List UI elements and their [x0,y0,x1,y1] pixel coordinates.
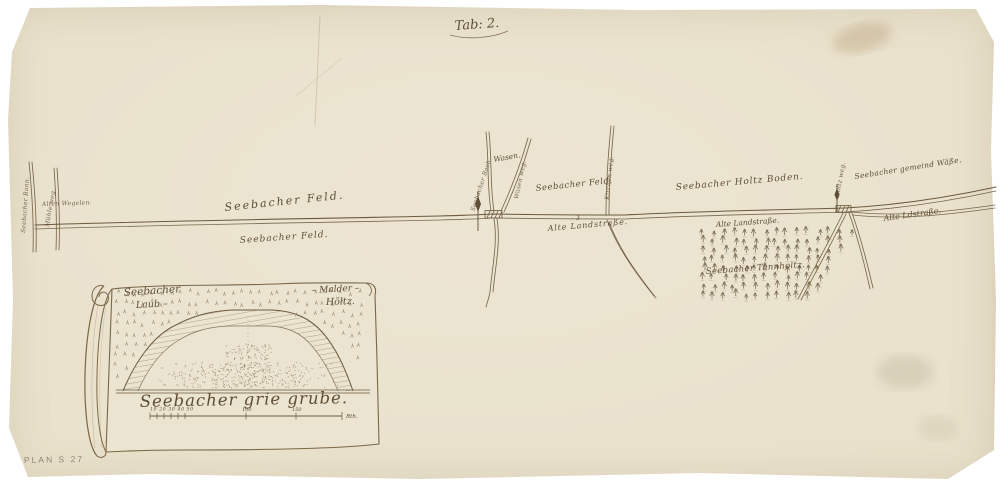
gravel-dot [208,372,209,373]
gravel-dot [195,363,196,364]
gravel-dot [248,356,249,357]
gravel-dot [215,375,216,376]
gravel-dot [220,374,221,375]
gravel-dot [215,374,216,375]
gravel-dot [269,365,270,366]
gravel-dot [230,370,231,371]
tree-shadow [826,264,830,265]
tree-shadow [775,289,779,290]
gravel-dot [278,383,279,384]
tree-shadow [734,262,738,263]
gravel-dot [203,370,204,371]
gravel-dot [297,385,298,386]
tree-icon [807,247,811,254]
gravel-dot [324,375,325,376]
gravel-dot [233,380,234,381]
gravel-dot [277,376,278,377]
gravel-dot [249,378,250,379]
tree-icon [805,239,809,245]
gravel-dot [234,377,235,378]
tree-shadow [816,243,820,244]
gravel-dot [255,354,256,355]
gravel-dot [220,368,221,369]
gravel-dot [209,367,210,368]
gravel-dot [230,365,231,366]
gravel-dot [235,366,236,367]
tree-shadow [805,246,809,247]
gravel-dot [216,379,217,380]
gravel-dot [227,363,228,364]
gravel-dot [293,365,294,366]
gravel-dot [247,369,248,370]
gravel-dot [215,380,216,381]
gravel-dot [269,345,270,346]
gravel-dot [181,375,182,376]
gravel-dot [216,387,217,388]
gravel-dot [320,367,321,368]
tree-icon [825,236,830,243]
tree-icon [786,254,790,260]
label-junction3-road: Holtz weg. [834,162,847,199]
gravel-dot [243,365,244,366]
gravel-dot [223,383,224,384]
gravel-dot [249,380,250,381]
gravel-dot [290,369,291,370]
gravel-dot [246,374,247,375]
gravel-dot [282,384,283,385]
gravel-dot [187,386,188,387]
gravel-dot [269,371,270,372]
gravel-dot [171,375,172,376]
tree-icon [751,229,756,236]
tree-icon [761,273,765,279]
gravel-dot [265,345,266,346]
tree-shadow [785,290,789,291]
gravel-dot [266,381,267,382]
gravel-dot [219,371,220,372]
gravel-dot [253,375,254,376]
gravel-dot [292,376,293,377]
tree-shadow [815,272,819,273]
gravel-dot [238,346,239,347]
gravel-dot [288,376,289,377]
gravel-dot [169,373,170,374]
gravel-dot [232,349,233,350]
gravel-dot [212,364,213,365]
tree-icon [700,229,704,234]
road-forest-edge [798,213,843,299]
gravel-dot [235,352,236,353]
tree-shadow [787,300,791,301]
tree-shadow [742,246,746,247]
gravel-dot [242,356,243,357]
gravel-dot [254,348,255,349]
tree-icon [710,239,714,245]
tree-icon [765,230,769,236]
tree-shadow [701,253,705,254]
tree-shadow [722,290,726,291]
gravel-dot [271,376,272,377]
gravel-dot [252,373,253,374]
gravel-dot [249,383,250,384]
gravel-dot [164,385,165,386]
gravel-dot [245,375,246,376]
gravel-dot [293,380,294,381]
gravel-dot [285,372,286,373]
tree-shadow [783,246,787,247]
gravel-dot [230,364,231,365]
gravel-dot [318,378,319,379]
stain [830,17,895,59]
tree-shadow [818,236,822,237]
tree-shadow [804,234,808,235]
gravel-dot [249,349,250,350]
gravel-dot [249,365,250,366]
gravel-dot [254,371,255,372]
gravel-dot [235,364,236,365]
label-seebacher-feld-mid: Seebacher Feld. [535,176,613,194]
gravel-dot [215,384,216,385]
tree-icon [734,238,739,245]
gravel-dot [247,346,248,347]
gravel-dot [190,370,191,371]
gravel-dot [242,367,243,368]
tree-icon [744,246,749,253]
gravel-dot [240,359,241,360]
gravel-dot [287,373,288,374]
gravel-dot [245,382,246,383]
gravel-dot [196,380,197,381]
gravel-dot [221,379,222,380]
gravel-dot [254,376,255,377]
gravel-dot [285,387,286,388]
tree-shadow [826,244,830,245]
gravel-dot [294,386,295,387]
gravel-dot [248,358,249,359]
label-alte-landstrasse-2: Alte Landstraße. [715,216,780,229]
gravel-dot [235,385,236,386]
gravel-dot [215,369,216,370]
gravel-dot [280,380,281,381]
gravel-dot [184,385,185,386]
tree-icon [753,282,758,289]
gravel-dot [212,367,213,368]
tree-shadow [816,291,820,292]
tree-icon [701,246,705,253]
gravel-dot [318,363,319,364]
gravel-dot [263,375,264,376]
gravel-dot [333,381,334,382]
tree-icon [806,265,810,271]
tree-icon [753,293,757,298]
gravel-dot [245,380,246,381]
gravel-dot [242,379,243,380]
gravel-dot [300,363,301,364]
tree-icon [732,227,737,234]
gravel-dot [238,375,239,376]
gravel-dot [270,379,271,380]
tree-icon [776,246,780,253]
gravel-dot [227,364,228,365]
gravel-dot [262,371,263,372]
label-seebacher-feld-lower: Seebacher Feld. [240,230,329,246]
gravel-dot [288,387,289,388]
tree-icon [700,272,705,279]
tree-shadow [827,256,831,257]
tree-shadow [720,262,724,263]
tree-icon [753,245,758,253]
gravel-dot [228,356,229,357]
gravel-dot [175,376,176,377]
gravel-dot [248,379,249,380]
tree-icon [766,238,771,245]
gravel-dot [240,349,241,350]
gravel-dot [240,381,241,382]
gravel-dot [241,376,242,377]
label-gemeind-waesse: Seebacher gemeind Wäße. [854,155,962,181]
gravel-dot [223,381,224,382]
gravel-dot [252,377,253,378]
gravel-dot [252,386,253,387]
gravel-dot [294,384,295,385]
gravel-dot [175,378,176,379]
gravel-dot [224,387,225,388]
gravel-dot [238,353,239,354]
gravel-dot [223,386,224,387]
gravel-dot [266,364,267,365]
gravel-dot [159,380,160,381]
tree-icon [741,282,745,288]
gravel-dot [236,369,237,370]
label-seebacher-laub-2: Laub – [135,298,169,311]
gravel-dot [200,386,201,387]
gravel-dot [250,374,251,375]
gravel-dot [256,376,257,377]
gravel-dot [220,365,221,366]
tree-icon [815,283,820,291]
gravel-dot [226,352,227,353]
gravel-dot [192,364,193,365]
tree-shadow [753,253,757,254]
tree-icon [724,245,729,252]
tree-shadow [762,280,766,281]
gravel-dot [205,382,206,383]
tree-icon [754,239,758,246]
gravel-dot [223,370,224,371]
gravel-dot [202,362,203,363]
crease [296,58,342,96]
gravel-dot [266,383,267,384]
gravel-dot [270,352,271,353]
gravel-dot [191,369,192,370]
gravel-dot [237,386,238,387]
gravel-dot [280,370,281,371]
label-tannholtz: Seebacher Tannholtz. [706,260,806,277]
tree-shadow [805,279,809,280]
gravel-dot [240,364,241,365]
gravel-dot [257,350,258,351]
tree-shadow [795,253,799,254]
label-junction2-road: Kirchen weg. [604,156,616,201]
gravel-dot [252,346,253,347]
tree-shadow [774,298,778,299]
gravel-dot [232,377,233,378]
gravel-dot [299,382,300,383]
gravel-dot [238,379,239,380]
gravel-dot [214,380,215,381]
road-down-right [852,213,873,288]
gravel-dot [185,373,186,374]
tree-shadow [754,290,758,291]
gravel-dot [310,378,311,379]
gravel-dot [215,387,216,388]
gravel-dot [225,366,226,367]
tree-icon [766,292,770,298]
gravel-dot [282,380,283,381]
gravel-dot [220,378,221,379]
gravel-dot [197,371,198,372]
tree-icon [720,235,725,242]
gravel-dot [232,352,233,353]
scale-small-ticks: 10 20 30 40 50 [150,407,194,413]
gravel-dot [254,354,255,355]
tree-shadow [734,282,738,283]
gravel-dot [254,373,255,374]
tree-icon [742,229,746,235]
page-title: Tab: 2. [454,16,500,34]
gravel-dot [253,367,254,368]
gravel-dot [275,380,276,381]
tree-shadow [710,246,714,247]
tree-shadow [701,243,705,244]
gravel-dot [263,370,264,371]
tree-shadow [850,236,854,237]
gravel-dot [306,367,307,368]
gravel-dot [302,377,303,378]
gravel-dot [264,387,265,388]
gravel-dot [232,381,233,382]
gravel-dot [216,382,217,383]
gravel-dot [298,381,299,382]
label-malder-holtz-2: Höltz. [325,296,355,308]
gravel-dot [212,371,213,372]
gravel-dot [232,365,233,366]
gravel-dot [293,375,294,376]
tree-shadow [825,274,829,275]
gravel-dot [277,386,278,387]
gravel-dot [268,362,269,363]
gravel-dot [240,357,241,358]
gravel-dot [268,383,269,384]
gravel-dot [270,365,271,366]
gravel-dot [258,349,259,350]
gravel-dot [249,367,250,368]
gravel-dot [234,383,235,384]
gravel-dot [222,368,223,369]
gravel-dot [296,362,297,363]
gravel-dot [267,355,268,356]
gravel-dot [256,347,257,348]
gravel-dot [185,366,186,367]
bridges [485,206,851,219]
label-road-number: 3 [576,215,580,222]
gravel-dot [226,356,227,357]
tree-icon [795,227,799,233]
gravel-dot [225,376,226,377]
tree-shadow [700,280,704,281]
gravel-dot [218,370,219,371]
gravel-dot [262,368,263,369]
gravel-dot [248,381,249,382]
gravel-dot [272,383,273,384]
gravel-dot [321,374,322,375]
gravel-dot [294,382,295,383]
tree-icon [838,244,843,251]
gravel-dot [265,363,266,364]
gravel-dot [173,373,174,374]
gravel-dot [240,369,241,370]
tree-shadow [751,237,755,238]
gravel-dot [248,344,249,345]
gravel-dot [177,376,178,377]
gravel-dot [260,366,261,367]
gravel-dot [226,369,227,370]
gravel-dot [294,370,295,371]
junction2-road-down [607,220,654,296]
gravel-dot [254,382,255,383]
tree-icon [709,255,713,261]
gravel-dot [241,363,242,364]
gravel-dot [291,375,292,376]
tree-shadow [806,272,810,273]
tree-icon [710,292,715,299]
gravel-dot [184,378,185,379]
gravel-dot [242,358,243,359]
gravel-dot [307,384,308,385]
tree-icon [782,228,787,235]
tree-icon [702,284,706,290]
gravel-dot [255,373,256,374]
plan-number: PLAN S 27 [24,454,84,465]
gravel-dot [255,385,256,386]
gravel-dot [195,377,196,378]
tree-shadow [773,279,777,280]
gravel-dot [265,344,266,345]
tree-icon [794,245,799,252]
stain [918,416,958,440]
gravel-dot [246,353,247,354]
tree-icon [787,275,791,281]
gravel-dot [277,363,278,364]
tree-icon [796,239,800,245]
gravel-dot [214,372,215,373]
tree-shadow [772,246,776,247]
gravel-dot [244,364,245,365]
gravel-dot [323,376,324,377]
tree-shadow [795,279,799,280]
gravel-dot [194,378,195,379]
gravel-dot [337,385,338,386]
tree-icon [793,290,798,297]
gravel-dot [226,363,227,364]
gravel-dot [257,363,258,364]
gravel-dot [256,349,257,350]
tree-icon [804,226,809,233]
gravel-dot [237,384,238,385]
gravel-dot [175,363,176,364]
gravel-dot [264,377,265,378]
gravel-dot [191,383,192,384]
